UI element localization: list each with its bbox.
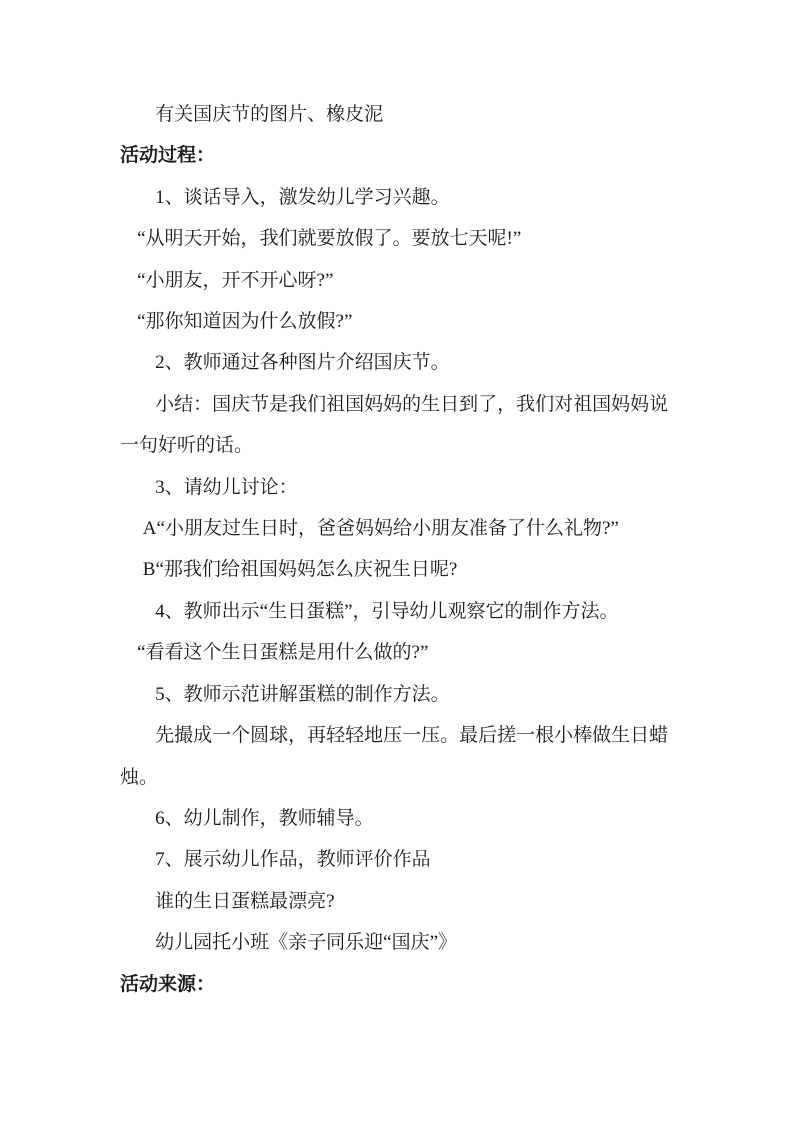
heading-activity-source: 活动来源： [120, 964, 686, 1005]
text-line-quote-happy: “小朋友，开不开心呀?” [120, 260, 686, 301]
text-line-quote-why: “那你知道因为什么放假?” [120, 301, 686, 342]
heading-activity-process: 活动过程： [120, 135, 686, 176]
text-line-step6: 6、幼儿制作，教师辅导。 [120, 798, 686, 839]
text-line-summary: 小结：国庆节是我们祖国妈妈的生日到了，我们对祖国妈妈说 [120, 384, 686, 425]
text-line-step3: 3、请幼儿讨论： [120, 467, 686, 508]
document-page: 有关国庆节的图片、橡皮泥 活动过程： 1、谈话导入，激发幼儿学习兴趣。 “从明天… [0, 0, 794, 1123]
text-line-step4: 4、教师出示“生日蛋糕”，引导幼儿观察它的制作方法。 [120, 591, 686, 632]
text-line-discussion-a: A“小朋友过生日时，爸爸妈妈给小朋友准备了什么礼物?” [120, 508, 686, 549]
text-line-question-pretty: 谁的生日蛋糕最漂亮? [120, 881, 686, 922]
text-line-method: 先撮成一个圆球，再轻轻地压一压。最后搓一根小棒做生日蜡 [120, 715, 686, 756]
text-line-discussion-b: B“那我们给祖国妈妈怎么庆祝生日呢? [120, 549, 686, 590]
text-line-step1: 1、谈话导入，激发幼儿学习兴趣。 [120, 177, 686, 218]
text-line-summary-cont: 一句好听的话。 [120, 425, 686, 466]
text-line-step5: 5、教师示范讲解蛋糕的制作方法。 [120, 674, 686, 715]
text-line-step7: 7、展示幼儿作品，教师评价作品 [120, 839, 686, 880]
text-line-step2: 2、教师通过各种图片介绍国庆节。 [120, 342, 686, 383]
text-line-next-lesson-title: 幼儿园托小班《亲子同乐迎“国庆”》 [120, 922, 686, 963]
text-line-method-cont: 烛。 [120, 757, 686, 798]
text-line-quote-cake: “看看这个生日蛋糕是用什么做的?” [120, 632, 686, 673]
text-line-quote-holiday: “从明天开始，我们就要放假了。要放七天呢!” [120, 218, 686, 259]
text-line-materials: 有关国庆节的图片、橡皮泥 [120, 94, 686, 135]
